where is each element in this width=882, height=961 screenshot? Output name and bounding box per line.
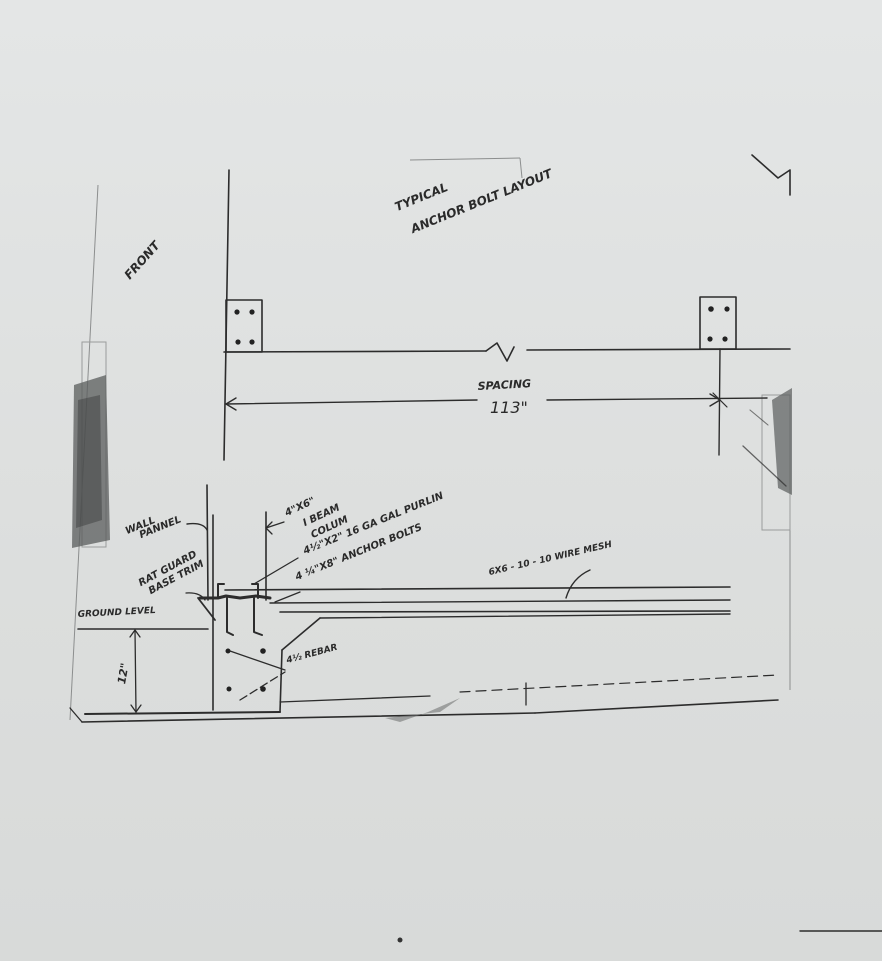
right-smudge bbox=[743, 388, 792, 530]
spacing-value: 113" bbox=[490, 398, 528, 417]
drawing-sheet: TYPICAL ANCHOR BOLT LAYOUT FRONT SPACING… bbox=[0, 0, 882, 961]
foundation-detail-drawing bbox=[0, 0, 882, 961]
left-smudge bbox=[72, 342, 110, 548]
